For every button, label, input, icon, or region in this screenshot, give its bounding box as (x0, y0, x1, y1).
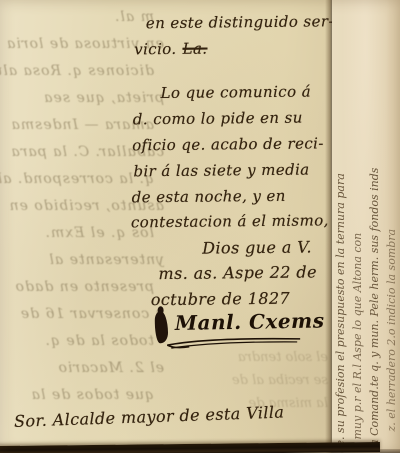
letter-line: en este distinguido ser- (146, 12, 334, 32)
letter-line: bir á las siete y media (133, 160, 309, 180)
marginalia-line: qe. su profesion el presupuesto en la te… (332, 0, 349, 453)
struck-out-word: La. (182, 40, 207, 58)
letter-line-text: vicio. (134, 40, 177, 58)
addressee-line: Sor. Alcalde mayor de esta Villa (14, 402, 285, 430)
letter-line: vicio.La. (134, 40, 207, 59)
signature-rubric-flourish (165, 335, 305, 351)
letter-line: contestacion á el mismo, (131, 211, 329, 231)
dateline: ms. as. Aspe 22 de (158, 262, 317, 283)
adjacent-leaf-strip: qe. su profesion el presupuesto en la te… (332, 0, 400, 453)
marginalia-line: la Comand.te q. y mun. Pele herm. sus fo… (366, 0, 383, 449)
rotated-marginalia: qe. su profesion el presupuesto en la te… (332, 0, 400, 453)
letter-line: d. como lo pide en su (133, 109, 303, 129)
valediction: Dios gue a V. (202, 237, 312, 257)
manuscript-scan: m al. en virtuosa de loria diciones q. R… (0, 0, 400, 453)
signature-block: Manl. Cxems (155, 307, 316, 356)
signature: Manl. Cxems (175, 308, 325, 335)
letter-text: en este distinguido ser- vicio.La. Lo qu… (0, 0, 333, 453)
marginalia-line: muy p.r el R.l Aspe lo que Altona con (349, 0, 366, 439)
letter-page: m al. en virtuosa de loria diciones q. R… (0, 0, 331, 453)
dateline: octubre de 1827 (151, 289, 290, 309)
letter-line: de esta noche, y en (132, 187, 286, 207)
letter-line: Lo que comunico á (161, 82, 312, 102)
marginalia-line: z. el herradero 2.o indicio la sombra (383, 0, 400, 431)
letter-line: oficio qe. acabo de reci- (132, 134, 324, 154)
